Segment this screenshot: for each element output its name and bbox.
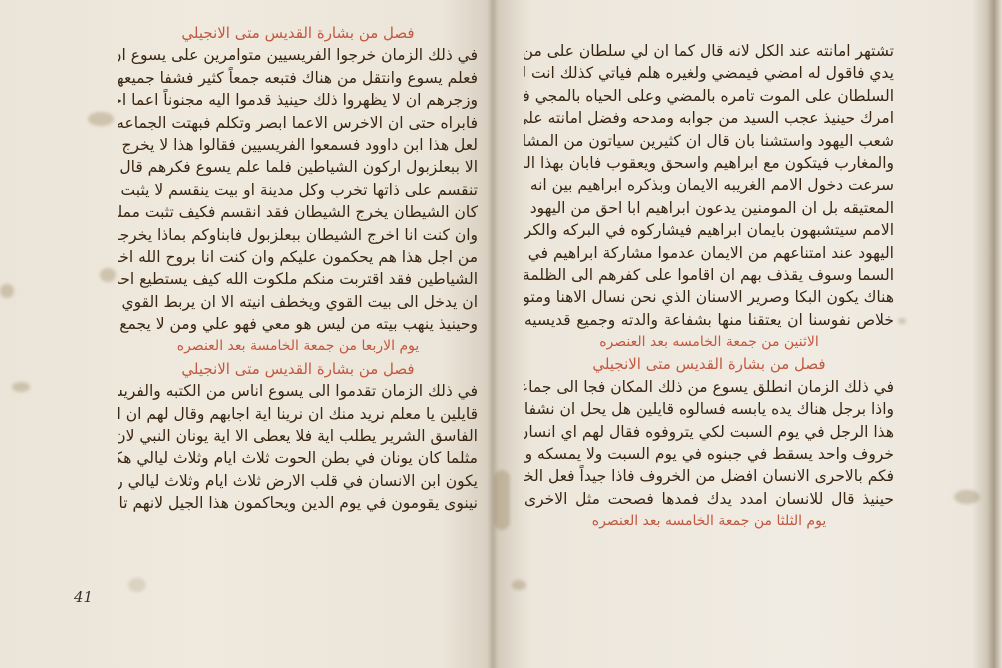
text-line: الامم سيتشبهون بايمان ابراهيم فيشاركوه ف…	[524, 219, 894, 241]
rubric-heading: يوم الثلثا من جمعة الخامسه بعد العنصره	[524, 510, 894, 532]
stain	[128, 578, 146, 592]
text-line: الا ببعلزبول اركون الشياطين فلما علم يسو…	[118, 156, 478, 178]
text-line: خلاص نفوسنا ان يعتقنا منها بشفاعة والدته…	[524, 309, 894, 331]
text-line: المعتيقه بل ان المومنين يدعون ابراهيم اب…	[524, 197, 894, 219]
text-line: وزجرهم ان لا يظهروا ذلك حينيذ قدموا اليه…	[118, 89, 478, 111]
rubric-heading: الاثنين من جمعة الخامسه بعد العنصره	[524, 331, 894, 353]
text-line: فعلم يسوع وانتقل من هناك فتبعه جمعاً كثي…	[118, 67, 478, 89]
text-line: امرك حينيذ عجب السيد من جوابه ومدحه وفضل…	[524, 107, 894, 129]
text-line: هناك يكون البكا وصرير الاسنان الذي نحن ن…	[524, 286, 894, 308]
text-line: في ذلك الزمان انطلق يسوع من ذلك المكان ف…	[524, 376, 894, 398]
right-text-block: تشتهر امانته عند الكل لانه قال كما ان لي…	[524, 40, 894, 533]
text-line: من اجل هذا هم يحكمون عليكم وان كنت انا ب…	[118, 246, 478, 268]
stain	[494, 470, 510, 530]
rubric-heading: فصل من بشارة القديس متى الانجيلي	[118, 22, 478, 44]
rubric-heading: يوم الاربعا من جمعة الخامسة بعد العنصره	[118, 335, 478, 357]
text-line: في ذلك الزمان تقدموا الى يسوع اناس من ال…	[118, 380, 478, 402]
text-line: لعل هذا ابن داوود فسمعوا الفريسيين فقالو…	[118, 134, 478, 156]
text-line: تنقسم على ذاتها تخرب وكل مدينة او بيت ين…	[118, 179, 478, 201]
text-line: نينوى يقومون في يوم الدين ويحاكمون هذا ا…	[118, 492, 478, 514]
text-line: هذا الرجل في يوم السبت لكي يتروفوه فقال …	[524, 421, 894, 443]
text-line: الفاسق الشرير يطلب اية فلا يعطى الا اية …	[118, 425, 478, 447]
stain	[100, 268, 116, 282]
left-page: فصل من بشارة القديس متى الانجيلي في ذلك …	[0, 0, 492, 668]
stain	[898, 318, 906, 324]
text-line: والمغارب فيتكون مع ابراهيم واسحق ويعقوب …	[524, 152, 894, 174]
manuscript-spread: فصل من بشارة القديس متى الانجيلي في ذلك …	[0, 0, 1002, 668]
text-line: فابراه حتى ان الاخرس الاعما ابصر وتكلم ف…	[118, 112, 478, 134]
text-line: في ذلك الزمان خرجوا الفريسيين متوامرين ع…	[118, 44, 478, 66]
text-line: يدي فاقول له امضي فيمضي ولغيره هلم فياتي…	[524, 62, 894, 84]
right-page: تشتهر امانته عند الكل لانه قال كما ان لي…	[494, 0, 1002, 668]
text-line: فكم بالاحرى الانسان افضل من الخروف فاذا …	[524, 465, 894, 487]
folio-number: 41	[74, 588, 93, 606]
text-line: السما وسوف يقذف بهم ان اقاموا على كفرهم …	[524, 264, 894, 286]
text-line: واذا برجل هناك يده يابسه فسالوه قايلين ه…	[524, 398, 894, 420]
text-line: يكون ابن الانسان في قلب الارض ثلاث ايام …	[118, 470, 478, 492]
text-line: تشتهر امانته عند الكل لانه قال كما ان لي…	[524, 40, 894, 62]
stain	[88, 112, 114, 126]
text-line: حينيذ قال للانسان امدد يدك فمدها فصحت مث…	[524, 488, 894, 510]
rubric-heading: فصل من بشارة القديس متى الانجيلي	[118, 358, 478, 380]
text-line: شعب اليهود واستشنا بان قال ان كثيرين سيا…	[524, 130, 894, 152]
text-line: قايلين يا معلم نريد منك ان نرينا اية اجا…	[118, 403, 478, 425]
text-line: اليهود عند امتناعهم من الايمان عدموا مشا…	[524, 242, 894, 264]
left-text-block: فصل من بشارة القديس متى الانجيلي في ذلك …	[118, 22, 478, 515]
text-line: خروف واحد يسقط في جبنوه في يوم السبت ولا…	[524, 443, 894, 465]
stain	[12, 382, 30, 392]
stain	[954, 490, 980, 504]
text-line: السلطان على الموت تامره بالمضي وعلى الحي…	[524, 85, 894, 107]
rubric-heading: فصل من بشارة القديس متى الانجيلي	[524, 353, 894, 375]
stain	[0, 284, 14, 298]
text-line: وان كنت انا اخرج الشيطان ببعلزبول فابناو…	[118, 224, 478, 246]
text-line: الشياطين فقد اقتربت منكم ملكوت الله كيف …	[118, 268, 478, 290]
text-line: سرعت دخول الامم الغريبه الايمان وبذكره ا…	[524, 174, 894, 196]
text-line: كان الشيطان يخرج الشيطان فقد انقسم فكيف …	[118, 201, 478, 223]
text-line: ان يدخل الى بيت القوي ويخطف انيته الا ان…	[118, 291, 478, 313]
stain	[512, 580, 526, 590]
text-line: مثلما كان يونان في بطن الحوت ثلاث ايام و…	[118, 447, 478, 469]
text-line: وحينيذ ينهب بيته من ليس هو معي فهو علي و…	[118, 313, 478, 335]
